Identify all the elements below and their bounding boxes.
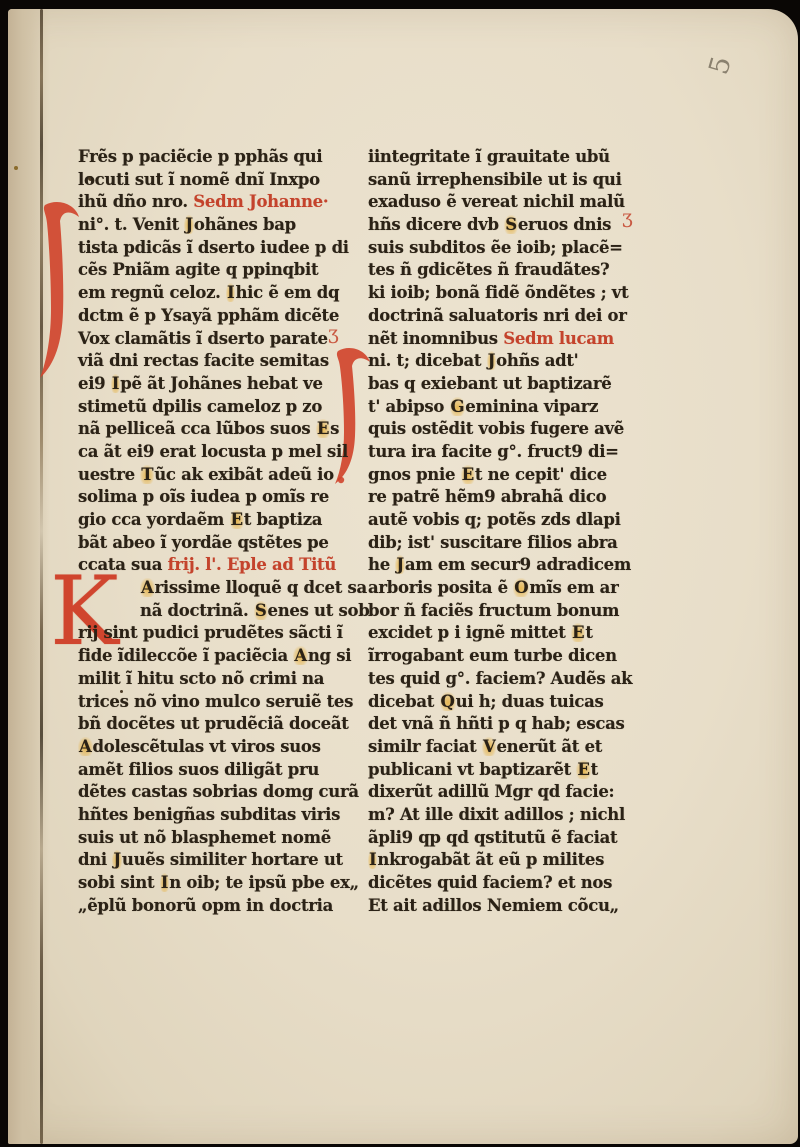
ink-text: t (585, 623, 592, 642)
ink-text: nẽt inomnibus (368, 329, 503, 348)
text-line: re patrẽ hẽm9 abrahã dico (368, 486, 636, 509)
ink-text: uestre (78, 465, 140, 484)
ink-text: gnos pnie (368, 465, 461, 484)
ink-text: publicani vt baptizarẽt (368, 760, 576, 779)
left-margin-initial-icon (36, 202, 82, 380)
yellow-touched-capital: G (450, 397, 466, 416)
ink-text: eruos dnis (518, 215, 611, 234)
text-line: sanũ irrephensibile ut is qui (368, 169, 636, 192)
ink-text: tura ira facite g°. fruct9 di= (368, 442, 619, 461)
text-line: nẽt inomnibus Sedm lucam (368, 328, 636, 351)
ink-text: am em secur9 adradicem (405, 555, 631, 574)
ink-text: suis ut nõ blasphemet nomẽ (78, 828, 331, 847)
ink-text: em regnũ celoz. (78, 283, 226, 302)
text-line: m? At ille dixit adillos ; nichl (368, 804, 636, 827)
text-line: viã dni rectas facite semitas (78, 350, 346, 373)
ink-text: ng si (308, 646, 351, 665)
ink-text: viã dni rectas facite semitas (78, 351, 329, 370)
ink-text: ni. t; dicebat (368, 351, 487, 370)
yellow-touched-capital: A (140, 578, 155, 597)
text-line: exaduso ẽ vereat nichil malũ (368, 191, 636, 214)
ink-text: mĩs em ar (529, 578, 618, 597)
ink-text: ãpli9 qp qd qstitutũ ẽ faciat (368, 828, 617, 847)
ink-text: dicebat (368, 692, 440, 711)
yellow-touched-capital: O (513, 578, 529, 597)
text-line: tes ñ gdicẽtes ñ fraudãtes? (368, 259, 636, 282)
text-line: milit ĩ hitu scto nõ crimi na (78, 668, 346, 691)
ink-text: quis ostẽdit vobis fugere avẽ (368, 419, 624, 438)
ink-text: nkrogabãt ãt eũ p milites (377, 850, 604, 869)
ink-text: enes ut sob (268, 601, 370, 620)
ink-text: n oib; te ipsũ pbe ex„ (169, 873, 359, 892)
ink-text: milit ĩ hitu scto nõ crimi na (78, 669, 324, 688)
yellow-touched-capital: J (112, 850, 122, 869)
text-line: suis ut nõ blasphemet nomẽ (78, 827, 346, 850)
ink-text: stimetũ dpilis cameloz p zo (78, 397, 322, 416)
text-line: he Jam em secur9 adradicem (368, 554, 636, 577)
binding-gutter (8, 9, 50, 1144)
yellow-touched-capital: T (140, 465, 154, 484)
ink-text: sanũ irrephensibile ut is qui (368, 170, 622, 189)
ink-text: arboris posita ẽ (368, 578, 513, 597)
text-line: t' abipso Geminina viparz (368, 396, 636, 419)
binding-seam (40, 9, 43, 1144)
ink-text: Frẽs p paciẽcie p pphãs qui (78, 147, 322, 166)
ink-text: solima p oĩs iudea p omĩs re (78, 487, 329, 506)
text-line: arboris posita ẽ Omĩs em ar (368, 577, 636, 600)
ink-text: ohñs adt' (496, 351, 578, 370)
text-column-right: iintegritate ĩ grauitate ubũsanũ irrephe… (368, 146, 636, 917)
text-line: bñ docẽtes ut prudẽciã doceãt (78, 713, 346, 736)
text-line: dni Juuẽs similiter hortare ut (78, 849, 346, 872)
ink-text: hic ẽ em dq (235, 283, 339, 302)
text-line: excidet p i ignẽ mittet Et (368, 622, 636, 645)
text-line: ni°. t. Venit Johãnes bap (78, 214, 346, 237)
ink-text: s (330, 419, 339, 438)
ink-text: „ẽplũ bonorũ opm in doctria (78, 896, 333, 915)
text-line: fide ĩdileccõe ĩ paciẽcia Ang si (78, 645, 346, 668)
ink-text: tes ñ gdicẽtes ñ fraudãtes? (368, 260, 609, 279)
text-line: dixerũt adillũ Mgr qd facie: (368, 781, 636, 804)
ink-text: sobi sint (78, 873, 160, 892)
ink-text: enerũt ãt et (496, 737, 602, 756)
yellow-touched-capital: Q (440, 692, 456, 711)
text-line: ni. t; dicebat Johñs adt' (368, 350, 636, 373)
text-line: autẽ vobis q; potẽs zds dlapi (368, 509, 636, 532)
ink-text: ccata sua (78, 555, 168, 574)
yellow-touched-capital: E (230, 510, 244, 529)
text-line: hñtes benigñas subditas viris (78, 804, 346, 827)
ink-text: bãt abeo ĩ yordãe qstẽtes pe (78, 533, 329, 552)
text-line: iintegritate ĩ grauitate ubũ (368, 146, 636, 169)
ink-text: ui h; duas tuicas (456, 692, 604, 711)
ink-text: dni (78, 850, 112, 869)
text-line: Frẽs p paciẽcie p pphãs qui (78, 146, 346, 169)
ink-text: cẽs Pniãm agite q ppinqbit (78, 260, 318, 279)
yellow-touched-capital: E (316, 419, 330, 438)
ink-text: bas q exiebant ut baptizarẽ (368, 374, 611, 393)
text-line: amẽt filios suos diligãt pru (78, 759, 346, 782)
text-line: dẽtes castas sobrias domg curã (78, 781, 346, 804)
ink-text: he (368, 555, 395, 574)
text-line: tes quid g°. faciem? Audẽs ak (368, 668, 636, 691)
yellow-touched-capital: J (395, 555, 405, 574)
ink-text: dib; ist' suscitare filios abra (368, 533, 618, 552)
ink-text: fide ĩdileccõe ĩ paciẽcia (78, 646, 293, 665)
ink-text: dolescẽtulas vt viros suos (93, 737, 321, 756)
ink-text: tista pdicãs ĩ dserto iudee p di (78, 238, 349, 257)
ink-text: similr faciat (368, 737, 482, 756)
text-line: sobi sint In oib; te ipsũ pbe ex„ (78, 872, 346, 895)
text-line: Et ait adillos Nemiem cõcu„ (368, 895, 636, 918)
yellow-touched-capital: E (461, 465, 475, 484)
ink-text: trices nõ vino mulco seruiẽ tes (78, 692, 353, 711)
ink-text: hñs dicere dvb (368, 215, 504, 234)
ink-text: rissime lloquẽ q dcet sa (155, 578, 367, 597)
ink-text: t (591, 760, 598, 779)
yellow-touched-capital: A (293, 646, 308, 665)
text-line: hñs dicere dvb Seruos dnis (368, 214, 636, 237)
ink-text: suis subditos ẽe ioib; placẽ= (368, 238, 623, 257)
ink-text: doctrinã saluatoris nri dei or (368, 306, 627, 325)
ink-text: nã doctrinã. (140, 601, 254, 620)
ink-text: ni°. t. Venit (78, 215, 184, 234)
text-line: uestre Tũc ak exibãt adeũ io (78, 464, 346, 487)
text-line: bor ñ faciẽs fructum bonum (368, 600, 636, 623)
yellow-touched-capital: S (504, 215, 518, 234)
text-line: „ẽplũ bonorũ opm in doctria (78, 895, 346, 918)
text-line: cẽs Pniãm agite q ppinqbit (78, 259, 346, 282)
text-line: publicani vt baptizarẽt Et (368, 759, 636, 782)
text-line: dctm ẽ p Ysayã pphãm dicẽte (78, 305, 346, 328)
text-line: det vnã ñ hñti p q hab; escas (368, 713, 636, 736)
text-line: locuti sut ĩ nomẽ dnĩ Inxpo (78, 169, 346, 192)
text-line: tista pdicãs ĩ dserto iudee p di (78, 237, 346, 260)
ink-text: dixerũt adillũ Mgr qd facie: (368, 782, 614, 801)
ink-text: autẽ vobis q; potẽs zds dlapi (368, 510, 621, 529)
ink-text: t' abipso (368, 397, 450, 416)
ink-text: ohãnes bap (194, 215, 296, 234)
ink-text: exaduso ẽ vereat nichil malũ (368, 192, 625, 211)
ink-text: locuti sut ĩ nomẽ dnĩ Inxpo (78, 170, 320, 189)
text-line: quis ostẽdit vobis fugere avẽ (368, 418, 636, 441)
ink-text: nã pelliceã cca lũbos suos (78, 419, 316, 438)
yellow-touched-capital: A (78, 737, 93, 756)
text-line: ccata sua frij. l'. Eple ad Titũ (78, 554, 346, 577)
text-line: nã pelliceã cca lũbos suos Es (78, 418, 346, 441)
ink-text: gio cca yordaẽm (78, 510, 230, 529)
text-line: ca ãt ei9 erat locusta p mel sil (78, 441, 346, 464)
rubric-text: Sedm Johanne· (193, 192, 328, 211)
text-line: nã doctrinã. Senes ut sob (78, 600, 346, 623)
ink-text: m? At ille dixit adillos ; nichl (368, 805, 625, 824)
text-line: bas q exiebant ut baptizarẽ (368, 373, 636, 396)
ink-text: pẽ ãt Johãnes hebat ve (120, 374, 322, 393)
ink-text: ũc ak exibãt adeũ io (154, 465, 334, 484)
text-line: dicebat Qui h; duas tuicas (368, 691, 636, 714)
ink-text: det vnã ñ hñti p q hab; escas (368, 714, 625, 733)
ink-text: ki ioib; bonã fidẽ õndẽtes ; vt (368, 283, 628, 302)
text-column-left: Frẽs p paciẽcie p pphãs quilocuti sut ĩ … (78, 146, 346, 917)
text-line: Arissime lloquẽ q dcet sa (78, 577, 346, 600)
yellow-touched-capital: J (184, 215, 194, 234)
text-line: trices nõ vino mulco seruiẽ tes (78, 691, 346, 714)
text-line: Inkrogabãt ãt eũ p milites (368, 849, 636, 872)
ink-text: Vox clamãtis ĩ dserto parate (78, 329, 328, 348)
ink-text: amẽt filios suos diligãt pru (78, 760, 319, 779)
ink-text: dicẽtes quid faciem? et nos (368, 873, 612, 892)
ink-text: t ne cepit' dice (475, 465, 607, 484)
yellow-touched-capital: J (487, 351, 497, 370)
ink-text: dẽtes castas sobrias domg curã (78, 782, 359, 801)
yellow-touched-capital: V (482, 737, 497, 756)
text-line: rij sint pudici prudẽtes sãcti ĩ (78, 622, 346, 645)
yellow-touched-capital: E (576, 760, 590, 779)
text-line: ki ioib; bonã fidẽ õndẽtes ; vt (368, 282, 636, 305)
rubric-text: Sedm lucam (503, 329, 614, 348)
ink-text: uuẽs similiter hortare ut (122, 850, 343, 869)
ink-text: t baptiza (244, 510, 322, 529)
ink-text: hñtes benigñas subditas viris (78, 805, 340, 824)
text-line: ĩrrogabant eum turbe dicen (368, 645, 636, 668)
ink-text: ĩrrogabant eum turbe dicen (368, 646, 617, 665)
text-line: stimetũ dpilis cameloz p zo (78, 396, 346, 419)
text-line: similr faciat Venerũt ãt et (368, 736, 636, 759)
text-line: gnos pnie Et ne cepit' dice (368, 464, 636, 487)
text-line: em regnũ celoz. Ihic ẽ em dq (78, 282, 346, 305)
yellow-touched-capital: E (571, 623, 585, 642)
ink-text: dctm ẽ p Ysayã pphãm dicẽte (78, 306, 339, 325)
text-line: dib; ist' suscitare filios abra (368, 532, 636, 555)
ink-text: Et ait adillos Nemiem cõcu„ (368, 896, 619, 915)
text-line: suis subditos ẽe ioib; placẽ= (368, 237, 636, 260)
ink-text: bñ docẽtes ut prudẽciã doceãt (78, 714, 349, 733)
page-speck (14, 166, 18, 170)
yellow-touched-capital: I (160, 873, 169, 892)
text-line: tura ira facite g°. fruct9 di= (368, 441, 636, 464)
text-line: ihũ dño nro. Sedm Johanne· (78, 191, 346, 214)
ink-text: ca ãt ei9 erat locusta p mel sil (78, 442, 348, 461)
ink-text: ihũ dño nro. (78, 192, 193, 211)
text-line: solima p oĩs iudea p omĩs re (78, 486, 346, 509)
text-line: ei9 Ipẽ ãt Johãnes hebat ve (78, 373, 346, 396)
manuscript-photo: { "page": { "folio_number": "5", "backgr… (0, 0, 800, 1147)
text-line: doctrinã saluatoris nri dei or (368, 305, 636, 328)
text-line: Vox clamãtis ĩ dserto parate (78, 328, 346, 351)
yellow-touched-capital: I (368, 850, 377, 869)
yellow-touched-capital: I (111, 374, 120, 393)
ink-text: re patrẽ hẽm9 abrahã dico (368, 487, 606, 506)
ink-text: ei9 (78, 374, 111, 393)
ink-text: tes quid g°. faciem? Audẽs ak (368, 669, 632, 688)
text-line: bãt abeo ĩ yordãe qstẽtes pe (78, 532, 346, 555)
text-line: dicẽtes quid faciem? et nos (368, 872, 636, 895)
ink-text: rij sint pudici prudẽtes sãcti ĩ (78, 623, 343, 642)
ink-text: excidet p i ignẽ mittet (368, 623, 571, 642)
text-line: Adolescẽtulas vt viros suos (78, 736, 346, 759)
ink-text: iintegritate ĩ grauitate ubũ (368, 147, 610, 166)
rubric-text: frij. l'. Eple ad Titũ (168, 555, 337, 574)
text-line: gio cca yordaẽm Et baptiza (78, 509, 346, 532)
text-line: ãpli9 qp qd qstitutũ ẽ faciat (368, 827, 636, 850)
ink-text: eminina viparz (465, 397, 598, 416)
yellow-touched-capital: S (254, 601, 268, 620)
ink-text: bor ñ faciẽs fructum bonum (368, 601, 619, 620)
